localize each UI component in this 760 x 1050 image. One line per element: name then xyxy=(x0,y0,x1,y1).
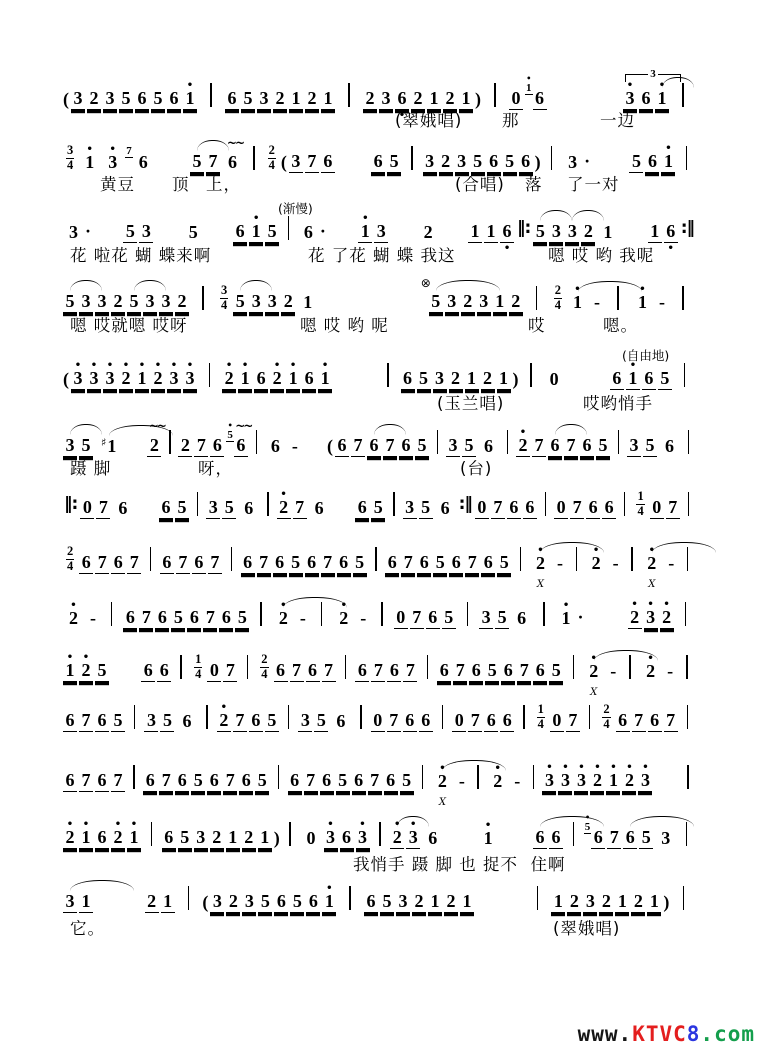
note: 5 xyxy=(265,711,279,732)
note: 5 xyxy=(380,892,394,913)
time-signature-numerator: 2 xyxy=(66,545,74,559)
time-signature-denominator: 4 xyxy=(221,299,227,312)
note: 6 xyxy=(417,553,431,574)
note: 5 xyxy=(596,436,610,457)
note: 7 xyxy=(368,771,382,792)
note: 2 xyxy=(509,292,523,313)
note: 6• xyxy=(664,222,678,243)
note: 6 xyxy=(367,436,381,457)
note: 2• xyxy=(390,828,404,849)
note: 7 xyxy=(305,152,319,173)
note: 7 xyxy=(304,771,318,792)
slur xyxy=(555,424,587,435)
note: 6 xyxy=(602,498,616,519)
barline xyxy=(538,492,553,516)
barline-stroke xyxy=(289,822,290,846)
lyric-text: 嗯 哎 哟 呢 xyxy=(300,312,389,336)
barline-stroke xyxy=(507,430,508,454)
octave-dot-above: • xyxy=(217,703,231,713)
note: 6 xyxy=(645,152,659,173)
goa: • xyxy=(226,422,234,430)
note: 6 xyxy=(511,609,532,629)
time-signature-denominator: 4 xyxy=(269,159,275,172)
note: 2 xyxy=(461,292,475,313)
note: 7 xyxy=(139,608,153,629)
note: 6 xyxy=(501,661,515,682)
note: 1 xyxy=(648,222,662,243)
barline xyxy=(250,602,271,626)
barline xyxy=(126,705,143,729)
note: 6 xyxy=(403,711,417,732)
barline-stroke xyxy=(197,492,198,516)
note: 6 xyxy=(159,498,173,519)
note: 7 xyxy=(517,661,531,682)
barline-stroke xyxy=(687,705,688,729)
octave-dot-above: • xyxy=(622,763,636,773)
note: 6 xyxy=(141,661,155,682)
note: 7 xyxy=(570,498,584,519)
dash-extension: - xyxy=(292,437,298,457)
barline xyxy=(190,286,216,310)
octave-dot-above: • xyxy=(127,820,141,830)
octave-dot-above: • xyxy=(487,764,508,774)
octave-dot-above: • xyxy=(119,361,133,371)
note: 7 xyxy=(465,553,479,574)
note: 3 xyxy=(477,292,491,313)
note: 2 xyxy=(281,292,295,313)
octave-dot-above: • xyxy=(660,600,674,610)
note: 5 xyxy=(495,608,509,629)
note: 5 xyxy=(417,369,431,390)
octave-dot-above: • xyxy=(63,653,77,663)
note: 6 xyxy=(265,437,286,457)
octave-dot-above: • xyxy=(644,600,658,610)
note: 5 xyxy=(336,771,350,792)
note: 5 xyxy=(175,498,189,519)
note: 3 xyxy=(455,152,469,173)
note: 2• xyxy=(487,772,508,792)
note: 6 xyxy=(79,553,93,574)
note: 6 xyxy=(337,553,351,574)
note: 3 xyxy=(144,711,158,732)
note: 2• xyxy=(586,554,607,574)
note: 6 xyxy=(426,608,440,629)
barline-stroke xyxy=(631,547,632,571)
barline xyxy=(624,547,641,571)
lyric-text: 顶 xyxy=(172,171,190,195)
barline xyxy=(238,655,256,679)
time-signature-numerator: 2 xyxy=(554,284,562,298)
time-signature-numerator: 2 xyxy=(260,653,268,667)
barline-stroke xyxy=(151,822,152,846)
note: 5 xyxy=(485,661,499,682)
note: 5 xyxy=(127,292,141,313)
note: 3• xyxy=(324,828,338,849)
note: 5 xyxy=(241,89,255,110)
time-signature-denominator: 4 xyxy=(538,718,544,731)
music-line-2: 341•3•76576~~24(376653235656)3·561• xyxy=(62,143,696,173)
note: 6 xyxy=(309,499,330,519)
note: 5 xyxy=(233,292,247,313)
note: 6 xyxy=(249,711,263,732)
octave-dot-above: • xyxy=(628,600,642,610)
lyric-text: (台) xyxy=(460,455,492,479)
barline-stroke xyxy=(348,83,349,107)
barline xyxy=(336,83,362,107)
octave-dot-above: • xyxy=(640,654,661,664)
note: 7 xyxy=(290,661,304,682)
note: 6 xyxy=(112,499,133,519)
parenthesis: ) xyxy=(663,893,669,913)
note: 3 xyxy=(396,892,410,913)
note: 7 xyxy=(321,553,335,574)
note: 2 xyxy=(111,292,125,313)
note: 7 xyxy=(79,771,93,792)
circled-x-mark: ⊗ xyxy=(421,277,431,290)
music-line-12: 676767656765676567652•X-2•-3•3•3•2•1•2•3… xyxy=(62,762,696,792)
note: 3 xyxy=(95,292,109,313)
note: 3• xyxy=(356,828,370,849)
octave-dot-above: • xyxy=(79,145,100,155)
note: 3 xyxy=(63,892,77,913)
note: 5 xyxy=(400,771,414,792)
note: 7 xyxy=(383,436,397,457)
barline xyxy=(371,602,392,626)
note: 6 xyxy=(306,892,320,913)
note: 7 xyxy=(564,436,578,457)
note: 3 xyxy=(139,222,153,243)
note: 6 xyxy=(422,829,443,849)
note: 5 xyxy=(419,498,433,519)
barline-stroke xyxy=(686,655,687,679)
music-line-13: 2•1•62•1•6532121)03•63•2•3•61•665•67653 xyxy=(62,819,696,849)
barline-stroke xyxy=(618,430,619,454)
barline xyxy=(190,492,205,516)
barline xyxy=(617,492,632,516)
note: 1 xyxy=(289,89,303,110)
dash-extension: - xyxy=(300,609,306,629)
note: 2 xyxy=(567,892,581,913)
note: 7 xyxy=(208,553,222,574)
note: 6 xyxy=(385,553,399,574)
note: 6 xyxy=(642,369,656,390)
grace-note: 5• xyxy=(226,429,234,442)
barline-stroke xyxy=(345,655,346,679)
note: 1 xyxy=(597,223,618,243)
note: 2• xyxy=(63,609,84,629)
octave-dot-above: • xyxy=(556,601,577,611)
octave-dot-above: • xyxy=(542,763,556,773)
note: 3• xyxy=(71,369,85,390)
note: 3 xyxy=(63,436,77,457)
note: 6 xyxy=(157,661,171,682)
octave-dot-above: • xyxy=(103,361,117,371)
note: 6 xyxy=(659,437,680,457)
barline xyxy=(500,430,515,454)
time-signature: 14 xyxy=(636,490,644,517)
time-signature: 24 xyxy=(602,703,610,730)
note: 5 xyxy=(503,152,517,173)
note: 7 xyxy=(95,553,109,574)
barline xyxy=(368,547,385,571)
note: 6 xyxy=(639,89,653,110)
tempo-annotation: (自由地) xyxy=(622,346,669,364)
barline-stroke xyxy=(545,492,546,516)
dash-extension: - xyxy=(594,293,600,313)
note: 2• xyxy=(273,609,294,629)
note: 3 xyxy=(103,89,117,110)
note: 6 xyxy=(175,771,189,792)
note: 6 xyxy=(95,828,109,849)
barline-stroke xyxy=(682,286,683,310)
lyric-text: 嗯 哎就嗯 哎呀 xyxy=(70,312,188,336)
barline xyxy=(386,492,401,516)
note: 1• xyxy=(79,828,93,849)
note: 7 xyxy=(403,661,417,682)
note: 3 xyxy=(71,89,85,110)
note: 5 xyxy=(658,369,672,390)
note: 3 xyxy=(403,498,417,519)
note: 1 xyxy=(493,292,507,313)
note: 3• xyxy=(644,608,658,629)
music-line-9: 2•-676567652•-2•-07653561•·2•3•2• xyxy=(62,599,696,629)
note: 2• xyxy=(277,498,291,519)
barline-stroke xyxy=(231,547,232,571)
note: 5 xyxy=(471,152,485,173)
time-signature-denominator: 4 xyxy=(555,299,561,312)
note: 7 xyxy=(79,711,93,732)
slur xyxy=(572,210,604,221)
note: 1 xyxy=(79,892,93,913)
barline xyxy=(270,765,286,789)
note: 7 xyxy=(223,661,237,682)
note: 7 xyxy=(223,771,237,792)
note: 1 xyxy=(460,892,474,913)
slur xyxy=(197,140,229,151)
barline-stroke xyxy=(360,705,361,729)
note: 6 xyxy=(401,369,415,390)
note: 5 xyxy=(171,608,185,629)
note: 6 xyxy=(623,828,637,849)
lyric-text: 嗯。 xyxy=(603,312,638,336)
lyric-text: 黄豆 xyxy=(100,171,135,195)
octave-dot-above: • xyxy=(71,361,85,371)
trl: ~~ xyxy=(235,420,251,433)
barline xyxy=(280,705,297,729)
note: 5 xyxy=(433,553,447,574)
note: 6 xyxy=(167,89,181,110)
note: 2• xyxy=(111,828,125,849)
xx: X xyxy=(530,579,551,590)
note: 6 xyxy=(355,661,369,682)
note: 6 xyxy=(176,712,197,732)
note: 3 xyxy=(379,89,393,110)
note: 5 xyxy=(387,152,401,173)
octave-dot-above: • xyxy=(606,763,620,773)
barline xyxy=(542,146,562,170)
note: 7 xyxy=(607,828,621,849)
barline-stroke xyxy=(349,886,350,910)
lyric-text: (翠娥唱) xyxy=(395,107,462,131)
note: 5 xyxy=(258,892,272,913)
note: 7 xyxy=(127,553,141,574)
note: 6 xyxy=(340,828,354,849)
note: 3 xyxy=(445,292,459,313)
note: 2• xyxy=(217,711,231,732)
note: 5 xyxy=(63,292,77,313)
note: 3• xyxy=(406,828,420,849)
octave-dot-above: • xyxy=(638,763,652,773)
note: 6 xyxy=(135,89,149,110)
note: 6 xyxy=(648,711,662,732)
note: 5 xyxy=(549,661,563,682)
note: 5 xyxy=(160,711,174,732)
music-line-3: 3·53561•56·1•32116•‖:5332116•:‖ xyxy=(62,213,696,243)
note: 5 xyxy=(183,223,204,243)
barline-stroke xyxy=(288,705,289,729)
lyric-text: 花 啦花 蝴 蝶来啊 xyxy=(70,242,211,266)
note: 2 xyxy=(418,223,439,243)
augmentation-dot: · xyxy=(320,222,326,242)
barline xyxy=(457,602,478,626)
note: 3• xyxy=(183,369,197,390)
repeat-start-sign: ‖: xyxy=(517,219,530,238)
note: 5 xyxy=(191,771,205,792)
barline-stroke xyxy=(442,705,443,729)
lyric-text: 花 了花 蝴 蝶 我这 xyxy=(308,242,455,266)
octave-dot-above: • xyxy=(318,361,332,371)
barline xyxy=(533,602,554,626)
barline xyxy=(482,83,508,107)
note: 6 xyxy=(399,436,413,457)
note: 2 xyxy=(444,892,458,913)
barline xyxy=(670,286,696,310)
note: 1• xyxy=(478,829,499,849)
time-signature-numerator: 2 xyxy=(268,144,276,158)
note: 2 xyxy=(273,89,287,110)
note: 6 xyxy=(274,661,288,682)
note: 6 xyxy=(187,608,201,629)
note: 6 xyxy=(580,436,594,457)
note: 1• xyxy=(606,771,620,792)
note: 2 xyxy=(178,436,192,457)
note: 1 xyxy=(226,828,240,849)
note: 1 xyxy=(468,222,482,243)
note: 1• xyxy=(556,609,577,629)
note: 6 xyxy=(591,828,605,849)
slur xyxy=(240,280,272,291)
barline xyxy=(434,705,451,729)
note: 7 xyxy=(566,711,580,732)
dash-extension: - xyxy=(557,554,563,574)
parenthesis: ( xyxy=(327,437,333,457)
note: 6 xyxy=(487,152,501,173)
octave-dot-above: • xyxy=(333,601,354,611)
note: 5 xyxy=(190,152,204,173)
barline-stroke xyxy=(188,886,189,910)
note: 1• xyxy=(661,152,675,173)
note: 7 xyxy=(666,498,680,519)
note: 6 xyxy=(274,892,288,913)
barline xyxy=(611,430,626,454)
note: 2• xyxy=(79,661,93,682)
barline-stroke xyxy=(551,146,552,170)
slur xyxy=(540,210,572,221)
time-signature-numerator: 1 xyxy=(636,490,644,504)
note: 2• xyxy=(516,436,530,457)
note: 2• xyxy=(660,608,674,629)
lyric-text: (翠娥唱) xyxy=(553,915,620,939)
dash-extension: - xyxy=(514,772,520,792)
note: 7 xyxy=(233,711,247,732)
note: 3 xyxy=(627,436,641,457)
note: 6 xyxy=(288,771,302,792)
note: 0 xyxy=(301,829,322,849)
note: 6 xyxy=(352,771,366,792)
note: 2• xyxy=(222,369,236,390)
note: 1 xyxy=(321,89,335,110)
octave-dot-above: • xyxy=(102,145,123,155)
barline xyxy=(281,822,300,846)
note: 3• xyxy=(167,369,181,390)
note: 7 xyxy=(176,553,190,574)
note: 7 xyxy=(322,661,336,682)
octave-dot-above: • xyxy=(286,361,300,371)
note: 3 xyxy=(433,369,447,390)
note: 2 xyxy=(599,892,613,913)
octave-dot-above: • xyxy=(135,361,149,371)
barline xyxy=(142,822,161,846)
music-line-10: 1•2•56614072467676767676567652•X-2•- xyxy=(62,652,696,682)
barline-stroke xyxy=(393,492,394,516)
dash-extension: - xyxy=(459,772,465,792)
note: 2 xyxy=(481,369,495,390)
octave-dot-above: • xyxy=(167,361,181,371)
note: 6 xyxy=(549,828,563,849)
note: 6 xyxy=(507,498,521,519)
note: 1• xyxy=(135,369,149,390)
note: 2• xyxy=(333,609,354,629)
lyric-text: (合唱) xyxy=(455,171,505,195)
barline xyxy=(198,363,221,387)
note: 2• xyxy=(63,828,77,849)
octave-dot-above: • xyxy=(151,361,165,371)
note: 5 xyxy=(415,436,429,457)
barline xyxy=(249,430,264,454)
note: 1• xyxy=(655,89,669,110)
time-signature-denominator: 4 xyxy=(637,505,643,518)
barline-stroke xyxy=(624,492,625,516)
augmentation-dot: · xyxy=(584,152,590,172)
octave-dot-above: • xyxy=(516,428,530,438)
barline-stroke xyxy=(685,602,686,626)
note: 1• xyxy=(249,222,263,243)
note: 2•X xyxy=(530,554,551,574)
note: 2 xyxy=(439,152,453,173)
barline xyxy=(673,363,696,387)
note: 6 xyxy=(330,712,351,732)
note: 3 xyxy=(565,222,579,243)
octave-dot-above: • xyxy=(590,763,604,773)
note: 1 xyxy=(428,892,442,913)
barline-stroke xyxy=(686,146,687,170)
note: 6 xyxy=(484,711,498,732)
octave-dot-above: • xyxy=(238,361,252,371)
note: 6 xyxy=(437,661,451,682)
note: 6 xyxy=(273,553,287,574)
note: 3 xyxy=(206,498,220,519)
note: 0 xyxy=(550,711,564,732)
